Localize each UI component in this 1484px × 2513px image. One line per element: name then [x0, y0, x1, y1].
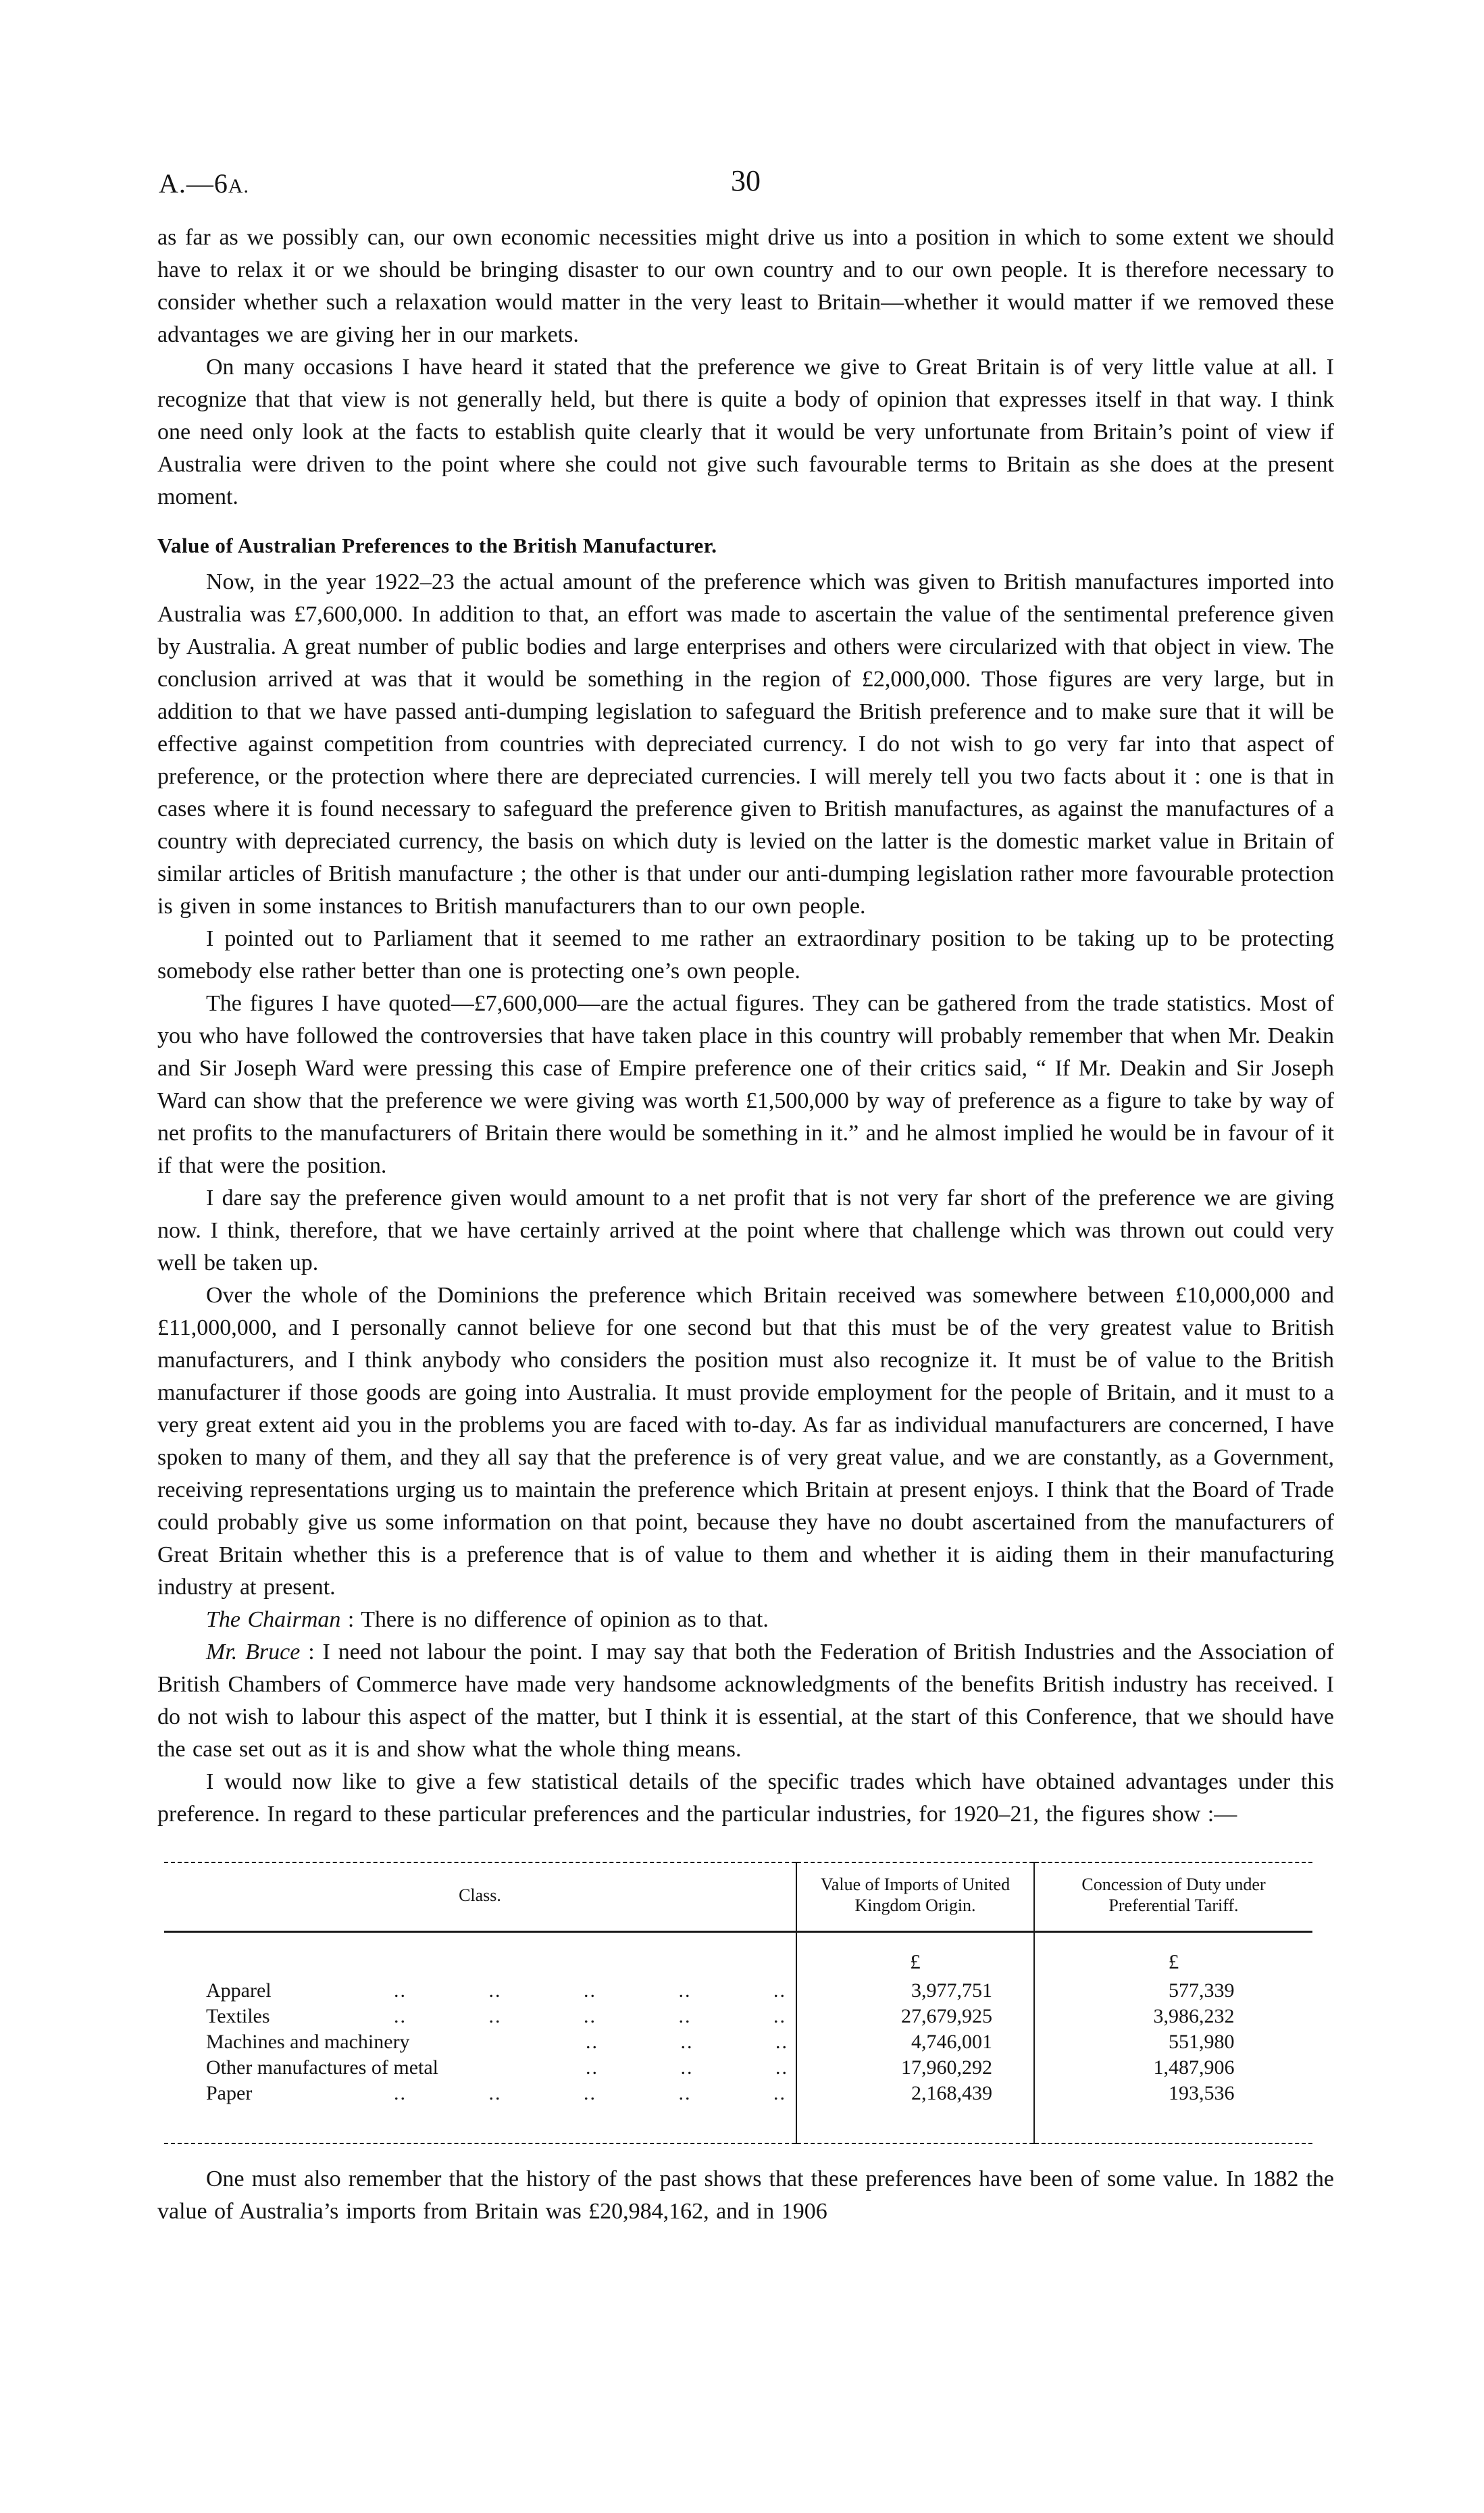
leader-dots: .. .. .. .. ..	[394, 2005, 786, 2027]
leader-dots: .. .. ..	[586, 2031, 788, 2053]
paragraph-value-1922-23: Now, in the year 1922–23 the actual amou…	[157, 566, 1334, 923]
row-import-value: 2,168,439	[838, 2081, 992, 2106]
table-row-other-metal: Other manufactures of metal.. .. .. 17,9…	[164, 2055, 1312, 2081]
preference-statistics-table: Class. Value of Imports of United Kingdo…	[164, 1862, 1312, 2144]
row-import-value: 4,746,001	[838, 2029, 992, 2055]
row-concession-value: 551,980	[1113, 2029, 1235, 2055]
dialogue-bruce: Mr. Bruce : I need not labour the point.…	[157, 1636, 1334, 1766]
table-row-textiles: Textiles.. .. .. .. .. 27,679,925 3,986,…	[164, 2004, 1312, 2029]
section-heading: Value of Australian Preferences to the B…	[157, 534, 1334, 558]
row-concession-value: 3,986,232	[1113, 2004, 1235, 2029]
paragraph-economic-necessities: as far as we possibly can, our own econo…	[157, 222, 1334, 351]
speaker-bruce: Mr. Bruce	[206, 1640, 300, 1665]
pound-sign: £	[1169, 1950, 1179, 1973]
table-header-row: Class. Value of Imports of United Kingdo…	[164, 1862, 1312, 1932]
table-row-machines: Machines and machinery.. .. .. 4,746,001…	[164, 2029, 1312, 2055]
paragraph-dominions: Over the whole of the Dominions the pref…	[157, 1279, 1334, 1604]
row-class-label: Paper	[206, 2081, 387, 2106]
paragraph-dare-say: I dare say the preference given would am…	[157, 1182, 1334, 1279]
row-concession-value: 193,536	[1113, 2081, 1235, 2106]
currency-symbol-concession: £	[1034, 1932, 1312, 1979]
row-import-value: 27,679,925	[838, 2004, 992, 2029]
row-class-label: Machines and machinery	[206, 2029, 579, 2055]
page-number: 30	[157, 163, 1334, 198]
dialogue-bruce-text: : I need not labour the point. I may say…	[157, 1640, 1334, 1762]
row-class-label: Textiles	[206, 2004, 387, 2029]
text-block: A.—6A. 30 as far as we possibly can, our…	[157, 161, 1334, 2228]
paragraph-statistical-details: I would now like to give a few statistic…	[157, 1766, 1334, 1831]
table-row-paper: Paper.. .. .. .. .. 2,168,439 193,536	[164, 2081, 1312, 2143]
currency-symbol-import: £	[796, 1932, 1034, 1979]
row-import-value: 17,960,292	[838, 2055, 992, 2081]
row-concession-value: 577,339	[1113, 1978, 1235, 2004]
row-import-value: 3,977,751	[838, 1978, 992, 2004]
row-class-label: Apparel	[206, 1978, 387, 2004]
row-class-label: Other manufactures of metal	[206, 2055, 579, 2081]
speaker-chairman: The Chairman	[206, 1607, 340, 1632]
document-page: A.—6A. 30 as far as we possibly can, our…	[0, 0, 1484, 2513]
paragraph-figures-quoted: The figures I have quoted—£7,600,000—are…	[157, 988, 1334, 1182]
paragraph-history-of-preferences: One must also remember that the history …	[157, 2163, 1334, 2228]
table-header-concession: Concession of Duty under Preferential Ta…	[1034, 1862, 1312, 1932]
paragraph-parliament: I pointed out to Parliament that it seem…	[157, 923, 1334, 988]
pound-sign: £	[910, 1950, 921, 1973]
empty-cell	[164, 1932, 796, 1979]
paragraph-on-many-occasions: On many occasions I have heard it stated…	[157, 351, 1334, 513]
dialogue-chairman: The Chairman : There is no difference of…	[157, 1604, 1334, 1636]
row-concession-value: 1,487,906	[1113, 2055, 1235, 2081]
leader-dots: .. .. .. .. ..	[394, 2082, 786, 2104]
table-row-apparel: Apparel.. .. .. .. .. 3,977,751 577,339	[164, 1978, 1312, 2004]
dialogue-chairman-text: : There is no difference of opinion as t…	[340, 1607, 768, 1632]
leader-dots: .. .. .. .. ..	[394, 1979, 786, 2002]
page-header: A.—6A. 30	[157, 161, 1334, 222]
table-header-class: Class.	[164, 1862, 796, 1932]
leader-dots: .. .. ..	[586, 2056, 788, 2079]
table-header-import-value: Value of Imports of United Kingdom Origi…	[796, 1862, 1034, 1932]
table-currency-row: £ £	[164, 1932, 1312, 1979]
